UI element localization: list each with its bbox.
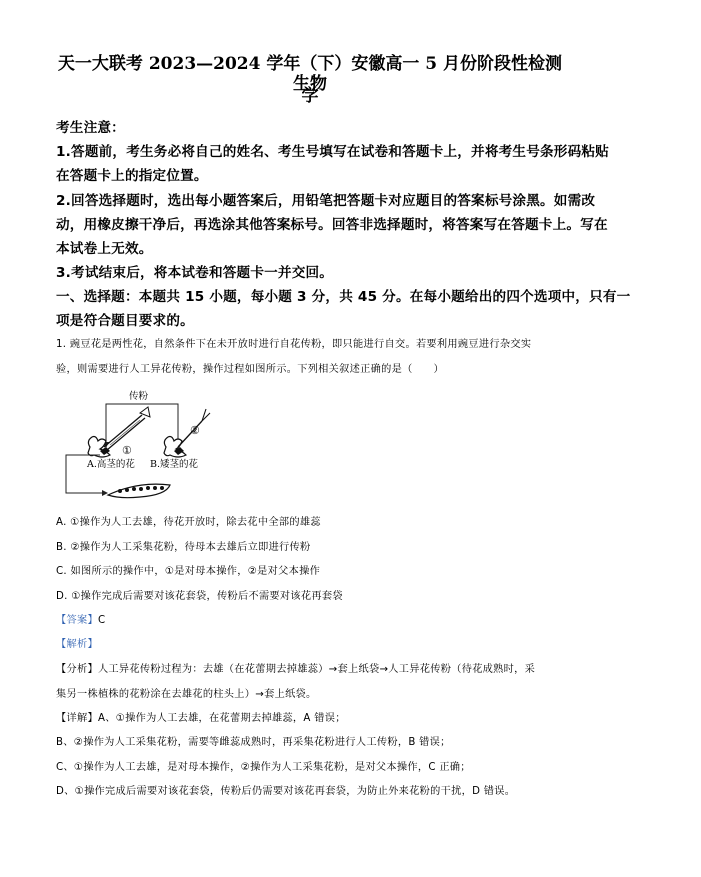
analysis-line: 【分析】人工异花传粉过程为：去雄（在花蕾期去掉雄蕊）→套上纸袋→人工异花传粉（待… (56, 663, 535, 677)
page-title-continued: 学 (50, 86, 570, 106)
detail-line-b: B、②操作为人工采集花粉，需要等雌蕊成熟时，再采集花粉进行人工传粉，B 错误； (56, 736, 451, 750)
detail-line-a: 【详解】A、①操作为人工去雄，在花蕾期去掉雄蕊，A 错误； (56, 712, 346, 726)
answer-label: 【答案】 (56, 615, 98, 626)
notice-heading: 考生注意： (56, 119, 125, 137)
pollination-diagram-illustration (60, 385, 230, 500)
flower-b-label: B.矮茎的花 (150, 459, 198, 470)
marker-2: ② (190, 425, 200, 436)
notice-line: 3.考试结束后，将本试卷和答题卡一并交回。 (56, 264, 333, 282)
section-heading: 一、选择题：本题共 15 小题，每小题 3 分，共 45 分。在每小题给出的四个… (56, 288, 630, 306)
notice-line: 1.答题前，考生务必将自己的姓名、考生号填写在试卷和答题卡上，并将考生号条形码粘… (56, 143, 609, 161)
document-page: 天一大联考 2023—2024 学年（下）安徽高一 5 月份阶段性检测生物 学 … (0, 0, 701, 877)
analysis-line: 集另一株植株的花粉涂在去雄花的柱头上）→套上纸袋。 (56, 688, 317, 702)
analysis-label: 【解析】 (56, 638, 98, 652)
notice-line: 动，用橡皮擦干净后，再选涂其他答案标号。回答非选择题时，将答案写在答题卡上。写在 (56, 216, 608, 234)
question-stem: 1. 豌豆花是两性花，自然条件下在未开放时进行自花传粉，即只能进行自交。若要利用… (56, 338, 531, 352)
pollination-label: 传粉 (129, 391, 148, 402)
marker-1: ① (122, 445, 132, 456)
flower-a-label: A.高茎的花 (87, 459, 135, 470)
pollination-diagram: 传粉 ① ② A.高茎的花 B.矮茎的花 (60, 385, 230, 500)
section-heading-continued: 项是符合题目要求的。 (56, 312, 194, 330)
notice-line: 在答题卡上的指定位置。 (56, 167, 208, 185)
notice-line: 本试卷上无效。 (56, 240, 153, 258)
detail-line-d: D、①操作完成后需要对该花套袋，传粉后仍需要对该花再套袋，为防止外来花粉的干扰，… (56, 785, 515, 799)
option-a: A. ①操作为人工去雄，待花开放时，除去花中全部的雄蕊 (56, 516, 321, 530)
option-b: B. ②操作为人工采集花粉，待母本去雄后立即进行传粉 (56, 541, 311, 555)
notice-line: 2.回答选择题时，选出每小题答案后，用铅笔把答题卡对应题目的答案标号涂黑。如需改 (56, 192, 595, 210)
answer-value: C (98, 615, 105, 626)
option-d: D. ①操作完成后需要对该花套袋，传粉后不需要对该花再套袋 (56, 590, 343, 604)
question-stem-continued: 验，则需要进行人工异花传粉，操作过程如图所示。下列相关叙述正确的是（ ） (56, 363, 444, 377)
detail-line-c: C、①操作为人工去雄，是对母本操作，②操作为人工采集花粉，是对父本操作，C 正确… (56, 761, 471, 775)
option-c: C. 如图所示的操作中，①是对母本操作，②是对父本操作 (56, 565, 320, 579)
answer-line: 【答案】C (56, 614, 105, 628)
